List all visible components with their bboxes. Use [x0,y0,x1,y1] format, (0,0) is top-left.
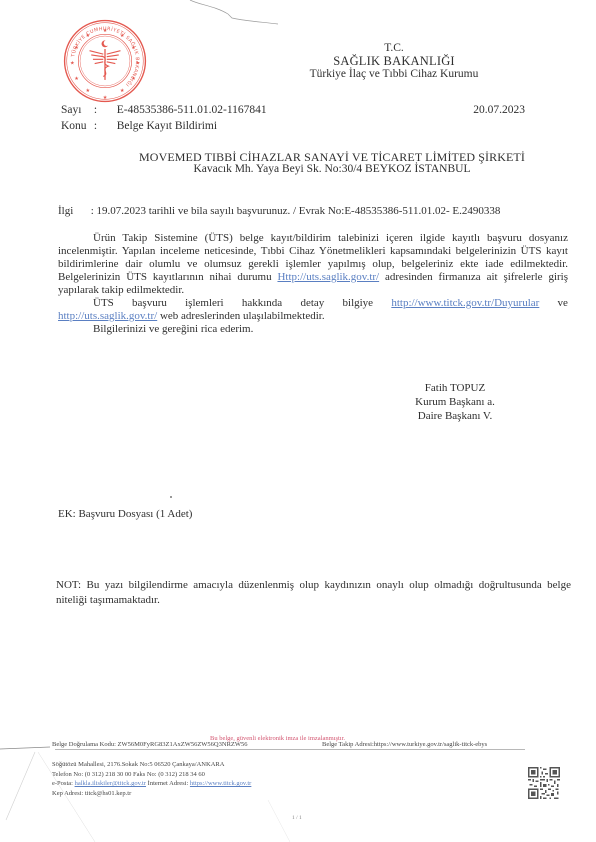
footer-contact-block: Söğütözü Mahallesi, 2176.Sokak No:5 0652… [52,760,251,798]
word: hakkında [242,297,282,310]
word: bilgiye [343,297,374,310]
svg-text:★: ★ [85,33,90,39]
subject-row: Konu : Belge Kayıt Bildirimi [61,120,217,132]
signatory-title-2: Daire Başkanı V. [380,409,530,423]
ilgi-label: İlgi [58,205,88,217]
paragraph-2-line-1: ÜTS başvuru işlemleri hakkında detay bil… [58,297,568,310]
svg-text:★: ★ [85,88,90,94]
svg-text:★: ★ [120,33,125,39]
uts-web-link[interactable]: http://uts.saglik.gov.tr/ [58,310,157,322]
signatory-name: Fatih TOPUZ [380,381,530,395]
reference-text: : 19.07.2023 tarihli ve bila sayılı başv… [91,205,501,217]
word: detay [300,297,324,310]
separator: : [94,104,114,116]
svg-text:★: ★ [74,45,79,51]
email-link[interactable]: halkla.iliskiler@titck.gov.tr [75,780,146,787]
svg-text:★: ★ [103,28,108,34]
paragraph-3: Bilgilerinizi ve gereğini rica ederim. [58,323,568,336]
scan-speck [170,496,172,498]
paragraph-2-line-2: http://uts.saglik.gov.tr/ web adreslerin… [58,310,568,323]
paragraph-1: Ürün Takip Sistemine (ÜTS) belge kayıt/b… [58,232,568,297]
page-number: 1 / 1 [292,815,302,821]
internet-label: İnternet Adresi: [146,780,190,787]
titck-announcements-link[interactable]: http://www.titck.gov.tr/Duyurular [391,297,539,310]
svg-text:★: ★ [70,60,75,66]
letter-body: Ürün Takip Sistemine (ÜTS) belge kayıt/b… [58,232,568,336]
footer-email-web: e-Posta: halkla.iliskiler@titck.gov.tr İ… [52,779,251,789]
paragraph-2-tail: web adreslerinden ulaşılabilmektedir. [157,310,324,322]
recipient-address: Kavacık Mh. Yaya Beyi Sk. No:30/4 BEYKOZ… [34,163,596,175]
svg-text:★: ★ [74,76,79,82]
footer-kep: Kep Adresi: titck@hs01.kep.tr [52,789,251,799]
document-date: 20.07.2023 [473,104,525,116]
tracking-address: Belge Takip Adresi:https://www.turkiye.g… [322,741,487,748]
note-paragraph: NOT: Bu yazı bilgilendirme amacıyla düze… [56,578,571,608]
word: başvuru [132,297,167,310]
website-link[interactable]: https://www.titck.gov.tr [190,780,251,787]
word: işlemleri [185,297,224,310]
footer-phone: Telefon No: (0 312) 218 30 00 Faks No: (… [52,770,251,780]
konu-label: Konu [61,120,91,132]
email-label: e-Posta: [52,780,75,787]
signature-block: Fatih TOPUZ Kurum Başkanı a. Daire Başka… [380,381,530,423]
document-number-row: Sayı : E-48535386-511.01.02-1167841 [61,104,267,116]
document-number: E-48535386-511.01.02-1167841 [117,104,267,116]
sayi-label: Sayı [61,104,91,116]
footer-address: Söğütözü Mahallesi, 2176.Sokak No:5 0652… [52,760,251,770]
uts-link[interactable]: Http://uts.saglik.gov.tr/ [277,271,379,283]
verification-code: Belge Doğrulama Kodu: ZW56M0FyRG83Z1AxZW… [52,741,248,748]
svg-text:★: ★ [103,95,108,101]
footer-divider [55,749,525,750]
subject: Belge Kayıt Bildirimi [117,120,217,132]
qr-code-icon [528,767,560,799]
separator: : [94,120,114,132]
word: ve [558,297,568,310]
letterhead-country: T.C. [96,42,596,54]
word: ÜTS [93,297,114,310]
reference-line: İlgi : 19.07.2023 tarihli ve bila sayılı… [58,205,500,217]
letterhead-institution: Türkiye İlaç ve Tıbbi Cihaz Kurumu [96,68,596,80]
letterhead-ministry: SAĞLIK BAKANLIĞI [96,54,596,69]
attachment-line: EK: Başvuru Dosyası (1 Adet) [58,508,192,520]
svg-text:★: ★ [120,88,125,94]
signatory-title-1: Kurum Başkanı a. [380,395,530,409]
